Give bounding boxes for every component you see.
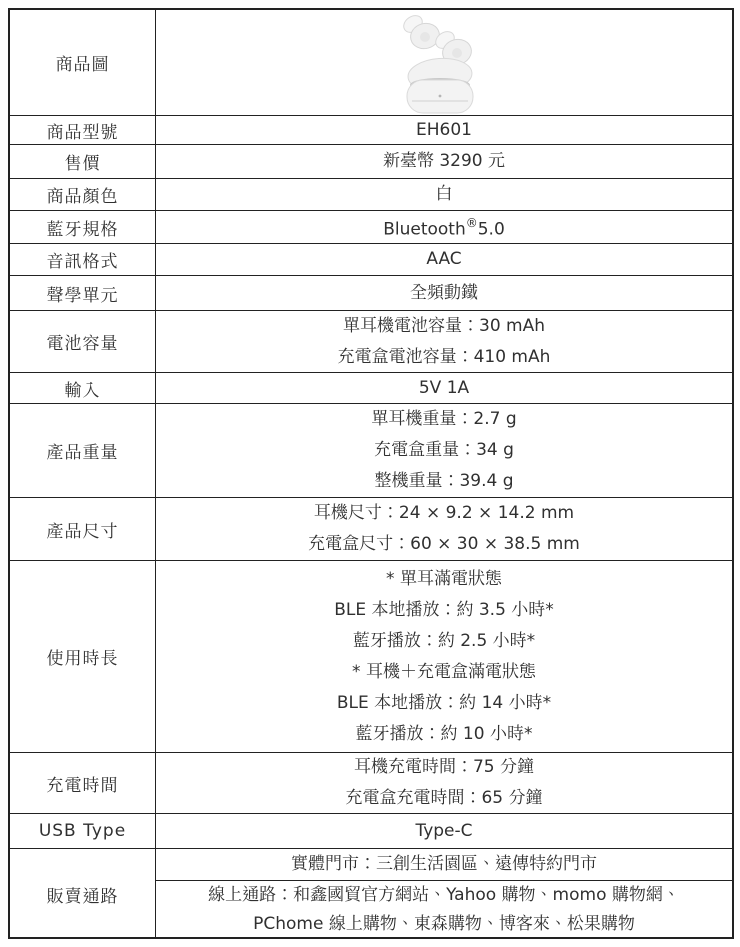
product-image-cell bbox=[156, 10, 732, 115]
spec-value-line: 充電盒充電時間：65 分鐘 bbox=[345, 783, 542, 813]
spec-value-line: 充電盒電池容量：410 mAh bbox=[338, 342, 551, 373]
spec-label: 產品尺寸 bbox=[10, 498, 156, 560]
table-row-sales-channels: 販賣通路 實體門市：三創生活園區、遠傳特約門市 線上通路：和鑫國貿官方網站、Ya… bbox=[10, 849, 732, 939]
spec-value: Type-C bbox=[156, 814, 732, 848]
spec-value-line: Bluetooth®5.0 bbox=[383, 211, 505, 243]
table-row-audio-format: 音訊格式 AAC bbox=[10, 244, 732, 276]
physical-stores-subrow: 實體門市：三創生活園區、遠傳特約門市 bbox=[156, 849, 732, 881]
spec-value-line: 單耳機重量：2.7 g bbox=[371, 404, 516, 435]
spec-value: 白 bbox=[156, 179, 732, 210]
table-row-usb-type: USB Type Type-C bbox=[10, 814, 732, 849]
spec-value: 單耳機重量：2.7 g 充電盒重量：34 g 整機重量：39.4 g bbox=[156, 404, 732, 497]
bluetooth-name: Bluetooth bbox=[383, 219, 466, 239]
table-row-product-image: 商品圖 bbox=[10, 10, 732, 116]
table-row-price: 售價 新臺幣 3290 元 bbox=[10, 145, 732, 179]
spec-value-line: EH601 bbox=[416, 116, 472, 144]
table-row-weight: 產品重量 單耳機重量：2.7 g 充電盒重量：34 g 整機重量：39.4 g bbox=[10, 404, 732, 498]
spec-value-line: 充電盒尺寸：60 × 30 × 38.5 mm bbox=[308, 529, 580, 560]
spec-value: 耳機尺寸：24 × 9.2 × 14.2 mm 充電盒尺寸：60 × 30 × … bbox=[156, 498, 732, 560]
table-row-driver: 聲學單元 全頻動鐵 bbox=[10, 276, 732, 311]
spec-label: USB Type bbox=[10, 814, 156, 848]
page: { "page": {"background": "#ffffff", "tex… bbox=[0, 0, 740, 947]
spec-label: 售價 bbox=[10, 145, 156, 178]
table-row-bluetooth: 藍牙規格 Bluetooth®5.0 bbox=[10, 211, 732, 244]
spec-value-line: 線上通路：和鑫國貿官方網站、Yahoo 購物、momo 購物網、 bbox=[208, 881, 680, 910]
spec-value-line: 全頻動鐵 bbox=[410, 278, 478, 309]
table-row-model: 商品型號 EH601 bbox=[10, 116, 732, 145]
table-row-input: 輸入 5V 1A bbox=[10, 373, 732, 404]
earbuds-product-image bbox=[339, 12, 549, 114]
spec-label: 使用時長 bbox=[10, 561, 156, 752]
spec-value: 5V 1A bbox=[156, 373, 732, 403]
table-row-color: 商品顏色 白 bbox=[10, 179, 732, 211]
spec-label: 輸入 bbox=[10, 373, 156, 403]
spec-value-line: 單耳機電池容量：30 mAh bbox=[343, 311, 545, 342]
spec-value: 全頻動鐵 bbox=[156, 276, 732, 310]
spec-label: 音訊格式 bbox=[10, 244, 156, 275]
spec-label: 商品圖 bbox=[10, 10, 156, 115]
earbud-left-icon bbox=[401, 12, 443, 52]
spec-value: AAC bbox=[156, 244, 732, 275]
table-row-battery: 電池容量 單耳機電池容量：30 mAh 充電盒電池容量：410 mAh bbox=[10, 311, 732, 373]
spec-label: 聲學單元 bbox=[10, 276, 156, 310]
spec-value-line: * 單耳滿電狀態 bbox=[386, 564, 502, 595]
spec-value-line: 耳機充電時間：75 分鐘 bbox=[354, 753, 534, 783]
spec-label: 電池容量 bbox=[10, 311, 156, 372]
spec-value: 新臺幣 3290 元 bbox=[156, 145, 732, 178]
spec-value: 耳機充電時間：75 分鐘 充電盒充電時間：65 分鐘 bbox=[156, 753, 732, 813]
table-row-usage-time: 使用時長 * 單耳滿電狀態 BLE 本地播放：約 3.5 小時* 藍牙播放：約 … bbox=[10, 561, 732, 753]
spec-label: 販賣通路 bbox=[10, 849, 156, 939]
spec-value-line: BLE 本地播放：約 3.5 小時* bbox=[334, 595, 554, 626]
spec-value-line: 實體門市：三創生活園區、遠傳特約門市 bbox=[291, 849, 597, 880]
spec-value-line: * 耳機＋充電盒滿電狀態 bbox=[352, 657, 536, 688]
registered-trademark-symbol: ® bbox=[466, 216, 478, 230]
spec-value: EH601 bbox=[156, 116, 732, 144]
spec-value: 單耳機電池容量：30 mAh 充電盒電池容量：410 mAh bbox=[156, 311, 732, 372]
spec-value-line: Type-C bbox=[415, 816, 472, 847]
spec-value-line: 藍牙播放：約 2.5 小時* bbox=[353, 626, 535, 657]
spec-value-line: PChome 線上購物、東森購物、博客來、松果購物 bbox=[253, 910, 635, 939]
spec-value: Bluetooth®5.0 bbox=[156, 211, 732, 243]
table-row-charging-time: 充電時間 耳機充電時間：75 分鐘 充電盒充電時間：65 分鐘 bbox=[10, 753, 732, 814]
spec-value-line: 充電盒重量：34 g bbox=[374, 435, 514, 466]
spec-value-line: 白 bbox=[436, 179, 453, 210]
spec-label: 藍牙規格 bbox=[10, 211, 156, 243]
spec-label: 商品型號 bbox=[10, 116, 156, 144]
spec-value-line: 新臺幣 3290 元 bbox=[383, 146, 505, 177]
spec-value-line: BLE 本地播放：約 14 小時* bbox=[337, 688, 551, 719]
spec-value-line: AAC bbox=[426, 244, 461, 275]
spec-label: 商品顏色 bbox=[10, 179, 156, 210]
bluetooth-version: 5.0 bbox=[478, 219, 505, 239]
spec-value: 實體門市：三創生活園區、遠傳特約門市 線上通路：和鑫國貿官方網站、Yahoo 購… bbox=[156, 849, 732, 939]
spec-value-line: 耳機尺寸：24 × 9.2 × 14.2 mm bbox=[314, 498, 574, 529]
charging-case-icon bbox=[407, 56, 473, 113]
spec-value-line: 5V 1A bbox=[419, 373, 469, 403]
spec-label: 產品重量 bbox=[10, 404, 156, 497]
online-channels-subrow: 線上通路：和鑫國貿官方網站、Yahoo 購物、momo 購物網、 PChome … bbox=[156, 881, 732, 939]
table-row-dimensions: 產品尺寸 耳機尺寸：24 × 9.2 × 14.2 mm 充電盒尺寸：60 × … bbox=[10, 498, 732, 561]
spec-label: 充電時間 bbox=[10, 753, 156, 813]
spec-value: * 單耳滿電狀態 BLE 本地播放：約 3.5 小時* 藍牙播放：約 2.5 小… bbox=[156, 561, 732, 752]
spec-value-line: 整機重量：39.4 g bbox=[374, 466, 513, 497]
product-spec-table: 商品圖 bbox=[8, 8, 734, 939]
spec-value-line: 藍牙播放：約 10 小時* bbox=[356, 719, 533, 750]
